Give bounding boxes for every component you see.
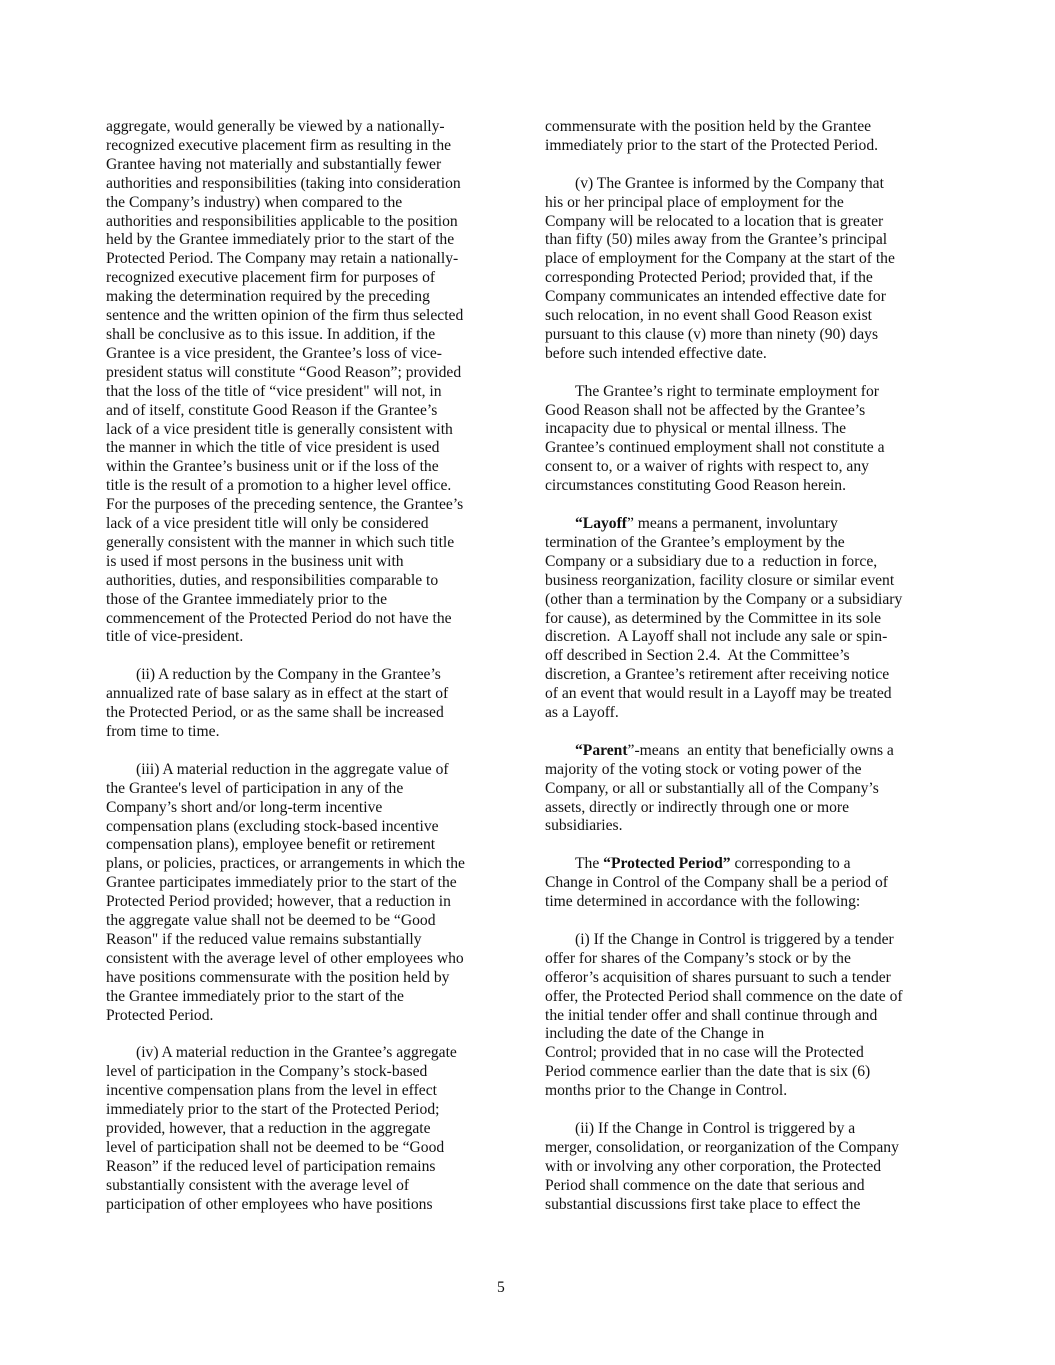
text-line: majority of the voting stock or voting p… [545, 761, 965, 780]
text-line: is used if most persons in the business … [106, 553, 506, 572]
text-line: substantial discussions first take place… [545, 1196, 965, 1215]
paragraph-clause-ii-merger: (ii) If the Change in Control is trigger… [545, 1120, 965, 1215]
text-line: Control; provided that in no case will t… [545, 1044, 965, 1063]
paragraph-good-reason-continuation: aggregate, would generally be viewed by … [106, 118, 506, 647]
text-fragment: means a permanent, involuntary [634, 515, 838, 532]
text-line: discretion, a Grantee’s retirement after… [545, 666, 965, 685]
text-line: pursuant to this clause (v) more than ni… [545, 326, 965, 345]
paragraph-clause-v-relocation: (v) The Grantee is informed by the Compa… [545, 175, 965, 364]
text-line: discretion. A Layoff shall not include a… [545, 628, 965, 647]
text-line: consent to, or a waiver of rights with r… [545, 458, 965, 477]
text-line: his or her principal place of employment… [545, 194, 965, 213]
paragraph-clause-ii-salary: (ii) A reduction by the Company in the G… [106, 666, 506, 742]
text-line: level of participation in the Company’s … [106, 1063, 506, 1082]
paragraph-clause-iii-participation: (iii) A material reduction in the aggreg… [106, 761, 506, 1026]
text-line: Reason" if the reduced value remains sub… [106, 931, 506, 950]
text-line: such relocation, in no event shall Good … [545, 307, 965, 326]
text-line: Change in Control of the Company shall b… [545, 874, 965, 893]
text-line: (ii) A reduction by the Company in the G… [106, 666, 506, 685]
text-line: For the purposes of the preceding senten… [106, 496, 506, 515]
text-line: lack of a vice president title will only… [106, 515, 506, 534]
text-line: Period commence earlier than the date th… [545, 1063, 965, 1082]
text-line: consistent with the average level of oth… [106, 950, 506, 969]
text-line: plans, or policies, practices, or arrang… [106, 855, 506, 874]
page-number: 5 [497, 1279, 505, 1297]
paragraph-layoff-definition: “Layoff” means a permanent, involuntary … [545, 515, 965, 723]
text-line: immediately prior to the start of the Pr… [545, 137, 965, 156]
text-line: participation of other employees who hav… [106, 1196, 506, 1215]
text-line: (ii) If the Change in Control is trigger… [545, 1120, 965, 1139]
text-line: lack of a vice president title is genera… [106, 421, 506, 440]
text-line: incapacity due to physical or mental ill… [545, 420, 965, 439]
text-line: level of participation shall not be deem… [106, 1139, 506, 1158]
text-line: shall be conclusive as to this issue. In… [106, 326, 506, 345]
text-line: Good Reason shall not be affected by the… [545, 402, 965, 421]
open-quote: “ [575, 742, 583, 759]
left-column: aggregate, would generally be viewed by … [106, 118, 506, 1233]
text-line: Company communicates an intended effecti… [545, 288, 965, 307]
text-line: offer, the Protected Period shall commen… [545, 988, 965, 1007]
document-page: aggregate, would generally be viewed by … [0, 0, 1055, 1365]
paragraph-right-to-terminate: The Grantee’s right to terminate employm… [545, 383, 965, 496]
text-line: (iii) A material reduction in the aggreg… [106, 761, 506, 780]
defined-term-protected-period: “Protected Period” [603, 855, 730, 872]
text-line: authorities and responsibilities applica… [106, 213, 506, 232]
text-line: title is the result of a promotion to a … [106, 477, 506, 496]
paragraph-clause-iv-continuation: commensurate with the position held by t… [545, 118, 965, 156]
text-line: have positions commensurate with the pos… [106, 969, 506, 988]
text-fragment: The [575, 855, 603, 872]
text-line: Grantee is a vice president, the Grantee… [106, 345, 506, 364]
text-line: Company or a subsidiary due to a reducti… [545, 553, 965, 572]
text-line: “Parent”-means an entity that beneficial… [545, 742, 965, 761]
text-line: the manner in which the title of vice pr… [106, 439, 506, 458]
text-line: immediately prior to the start of the Pr… [106, 1101, 506, 1120]
text-line: before such intended effective date. [545, 345, 965, 364]
text-line: Protected Period. [106, 1007, 506, 1026]
text-line: commensurate with the position held by t… [545, 118, 965, 137]
text-line: substantially consistent with the averag… [106, 1177, 506, 1196]
text-line: those of the Grantee immediately prior t… [106, 591, 506, 610]
defined-term-parent: Parent [583, 742, 628, 759]
text-line: the Grantee's level of participation in … [106, 780, 506, 799]
text-line: the aggregate value shall not be deemed … [106, 912, 506, 931]
text-line: president status will constitute “Good R… [106, 364, 506, 383]
text-line: Period shall commence on the date that s… [545, 1177, 965, 1196]
text-line: subsidiaries. [545, 817, 965, 836]
text-line: Grantee participates immediately prior t… [106, 874, 506, 893]
text-line: place of employment for the Company at t… [545, 250, 965, 269]
defined-term-layoff: Layoff [583, 515, 627, 532]
text-line: offeror’s acquisition of shares pursuant… [545, 969, 965, 988]
text-line: compensation plans), employee benefit or… [106, 836, 506, 855]
text-line: sentence and the written opinion of the … [106, 307, 506, 326]
text-fragment: -means an entity that beneficially owns … [634, 742, 893, 759]
text-line: commencement of the Protected Period do … [106, 610, 506, 629]
text-line: (other than a termination by the Company… [545, 591, 965, 610]
close-quote: ” [627, 515, 634, 532]
text-line: within the Grantee’s business unit or if… [106, 458, 506, 477]
text-line: including the date of the Change in [545, 1025, 965, 1044]
text-line: provided, however, that a reduction in t… [106, 1120, 506, 1139]
text-line: that the loss of the title of “vice pres… [106, 383, 506, 402]
text-line: title of vice-president. [106, 628, 506, 647]
text-line: merger, consolidation, or reorganization… [545, 1139, 965, 1158]
right-column: commensurate with the position held by t… [545, 118, 965, 1233]
text-line: the Grantee immediately prior to the sta… [106, 988, 506, 1007]
text-line: recognized executive placement firm for … [106, 269, 506, 288]
text-line: authorities, duties, and responsibilitie… [106, 572, 506, 591]
text-line: Company’s short and/or long-term incenti… [106, 799, 506, 818]
text-line: incentive compensation plans from the le… [106, 1082, 506, 1101]
text-line: than fifty (50) miles away from the Gran… [545, 231, 965, 250]
text-line: recognized executive placement firm as r… [106, 137, 506, 156]
paragraph-clause-i-tender-offer: (i) If the Change in Control is triggere… [545, 931, 965, 1101]
text-line: business reorganization, facility closur… [545, 572, 965, 591]
text-line: Protected Period provided; however, that… [106, 893, 506, 912]
text-line: (v) The Grantee is informed by the Compa… [545, 175, 965, 194]
text-line: Grantee’s continued employment shall not… [545, 439, 965, 458]
paragraph-clause-iv-stock-based: (iv) A material reduction in the Grantee… [106, 1044, 506, 1214]
text-line: (i) If the Change in Control is triggere… [545, 931, 965, 950]
text-line: annualized rate of base salary as in eff… [106, 685, 506, 704]
text-line: of an event that would result in a Layof… [545, 685, 965, 704]
text-line: Company, or all or substantially all of … [545, 780, 965, 799]
text-line: the Protected Period, or as the same sha… [106, 704, 506, 723]
text-line: the initial tender offer and shall conti… [545, 1007, 965, 1026]
text-line: The Grantee’s right to terminate employm… [545, 383, 965, 402]
text-line: offer for shares of the Company’s stock … [545, 950, 965, 969]
text-line: with or involving any other corporation,… [545, 1158, 965, 1177]
text-line: corresponding Protected Period; provided… [545, 269, 965, 288]
text-line: aggregate, would generally be viewed by … [106, 118, 506, 137]
paragraph-parent-definition: “Parent”-means an entity that beneficial… [545, 742, 965, 837]
text-line: termination of the Grantee’s employment … [545, 534, 965, 553]
text-line: Reason” if the reduced level of particip… [106, 1158, 506, 1177]
text-line: and of itself, constitute Good Reason if… [106, 402, 506, 421]
text-line: compensation plans (excluding stock-base… [106, 818, 506, 837]
text-line: months prior to the Change in Control. [545, 1082, 965, 1101]
text-line: off described in Section 2.4. At the Com… [545, 647, 965, 666]
paragraph-protected-period-definition: The “Protected Period” corresponding to … [545, 855, 965, 912]
text-line: Grantee having not materially and substa… [106, 156, 506, 175]
text-line: for cause), as determined by the Committ… [545, 610, 965, 629]
text-line: The “Protected Period” corresponding to … [545, 855, 965, 874]
text-line: as a Layoff. [545, 704, 965, 723]
text-line: making the determination required by the… [106, 288, 506, 307]
text-line: held by the Grantee immediately prior to… [106, 231, 506, 250]
text-line: the Company’s industry) when compared to… [106, 194, 506, 213]
text-line: Protected Period. The Company may retain… [106, 250, 506, 269]
text-line: generally consistent with the manner in … [106, 534, 506, 553]
text-line: time determined in accordance with the f… [545, 893, 965, 912]
text-fragment: corresponding to a [731, 855, 851, 872]
text-line: assets, directly or indirectly through o… [545, 799, 965, 818]
text-line: (iv) A material reduction in the Grantee… [106, 1044, 506, 1063]
open-quote: “ [575, 515, 583, 532]
text-line: Company will be relocated to a location … [545, 213, 965, 232]
text-line: from time to time. [106, 723, 506, 742]
text-line: “Layoff” means a permanent, involuntary [545, 515, 965, 534]
text-line: circumstances constituting Good Reason h… [545, 477, 965, 496]
text-line: authorities and responsibilities (taking… [106, 175, 506, 194]
